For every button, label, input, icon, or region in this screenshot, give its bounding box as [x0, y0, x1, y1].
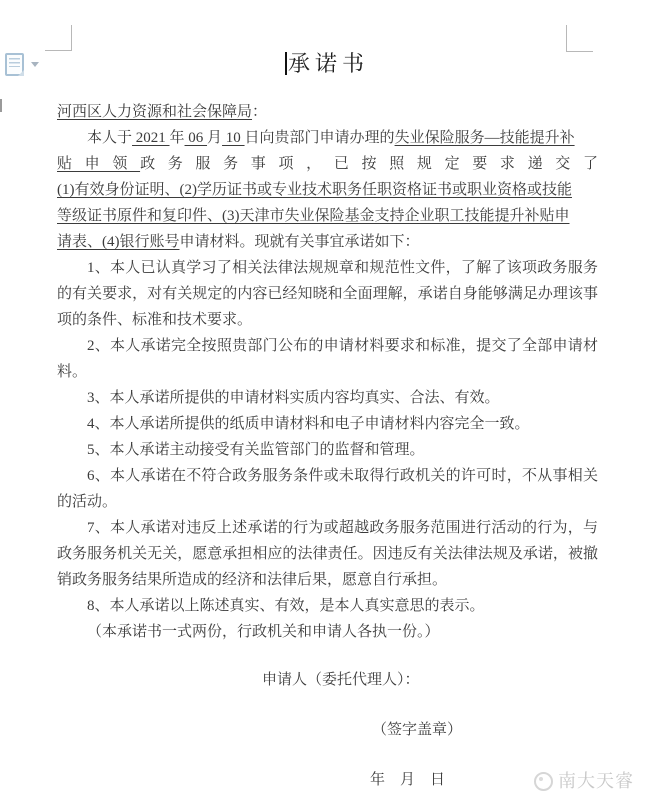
- watermark-text: 南大天睿: [558, 770, 634, 792]
- opening-line-1: 本人于 2021 年 06 月 10 日向贵部门申请办理的失业保险服务—技能提升…: [57, 125, 598, 151]
- date-line: 年 月 日: [57, 767, 598, 793]
- opening-line-2: 贴申领政务服务事项，已按照规定要求递交了: [57, 151, 598, 177]
- plain-text: 申请材料。现就有关事宜承诺如下：: [180, 234, 420, 250]
- commitment-item: 5、本人承诺主动接受有关监管部门的监督和管理。: [57, 437, 598, 463]
- commitment-item: 6、本人承诺在不符合政务服务条件或未取得行政机关的许可时，不从事相关的活动。: [57, 463, 598, 515]
- plain-text: 本人于: [87, 130, 132, 146]
- plain-text: 日向贵部门申请办理的: [245, 130, 395, 146]
- underlined-text: 10: [222, 130, 245, 146]
- watermark: 南大天睿: [534, 770, 634, 792]
- text-cursor-icon: [285, 52, 287, 75]
- commitment-item: 1、本人已认真学习了相关法律法规规章和规范性文件，了解了该项政务服务的有关要求，…: [57, 255, 598, 333]
- opening-line-4: 等级证书原件和复印件、(3)天津市失业保险基金支持企业职工技能提升补贴申: [57, 203, 598, 229]
- title-text: 承诺书: [288, 51, 369, 76]
- commitment-list: 1、本人已认真学习了相关法律法规规章和规范性文件，了解了该项政务服务的有关要求，…: [57, 255, 598, 619]
- commitment-item: 3、本人承诺所提供的申请材料实质内容均真实、合法、有效。: [57, 385, 598, 411]
- watermark-logo-icon: [534, 772, 553, 791]
- document-page[interactable]: 承诺书 河西区人力资源和社会保障局： 本人于 2021 年 06 月 10 日向…: [0, 0, 654, 809]
- plain-text: 年: [170, 130, 185, 146]
- opening-line-3: (1)有效身份证明、(2)学历证书或专业技术职务任职资格证书或职业资格或技能: [57, 177, 598, 203]
- text-boundary-mark-left: [71, 25, 72, 51]
- underlined-text: 贴申领: [57, 156, 140, 172]
- plain-text: 政务服务事项，已按照规定要求递交了: [140, 156, 598, 172]
- commitment-item: 4、本人承诺所提供的纸质申请材料和电子申请材料内容完全一致。: [57, 411, 598, 437]
- document-title[interactable]: 承诺书: [0, 49, 654, 79]
- document-body[interactable]: 河西区人力资源和社会保障局： 本人于 2021 年 06 月 10 日向贵部门申…: [57, 99, 598, 793]
- plain-text: ：: [252, 104, 267, 120]
- underlined-text: 06: [185, 130, 208, 146]
- commitment-item: 2、本人承诺完全按照贵部门公布的申请材料要求和标准，提交了全部申请材料。: [57, 333, 598, 385]
- underlined-text: 等级证书原件和复印件、(3)天津市失业保险基金支持企业职工技能提升补贴申: [57, 208, 570, 224]
- underlined-text: (1)有效身份证明、(2)学历证书或专业技术职务任职资格证书或职业资格或技能: [57, 182, 572, 198]
- distribution-note: （本承诺书一式两份，行政机关和申请人各执一份。）: [57, 619, 598, 645]
- applicant-signature-label: 申请人（委托代理人）：: [57, 667, 598, 693]
- opening-line-5: 请表、(4)银行账号申请材料。现就有关事宜承诺如下：: [57, 229, 598, 255]
- commitment-item: 8、本人承诺以上陈述真实、有效，是本人真实意思的表示。: [57, 593, 598, 619]
- underlined-text: 2021: [132, 130, 170, 146]
- recipient-line: 河西区人力资源和社会保障局：: [57, 99, 598, 125]
- signature-seal-label: （签字盖章）: [57, 717, 598, 743]
- underlined-text: 河西区人力资源和社会保障局: [57, 104, 252, 120]
- plain-text: 月: [207, 130, 222, 146]
- scan-edge-artifact: [0, 99, 2, 112]
- commitment-item: 7、本人承诺对违反上述承诺的行为或超越政务服务范围进行活动的行为，与政务服务机关…: [57, 515, 598, 593]
- underlined-text: 失业保险服务—技能提升补: [395, 130, 575, 146]
- underlined-text: 请表、(4)银行账号: [57, 234, 180, 250]
- text-boundary-mark-right: [566, 25, 567, 52]
